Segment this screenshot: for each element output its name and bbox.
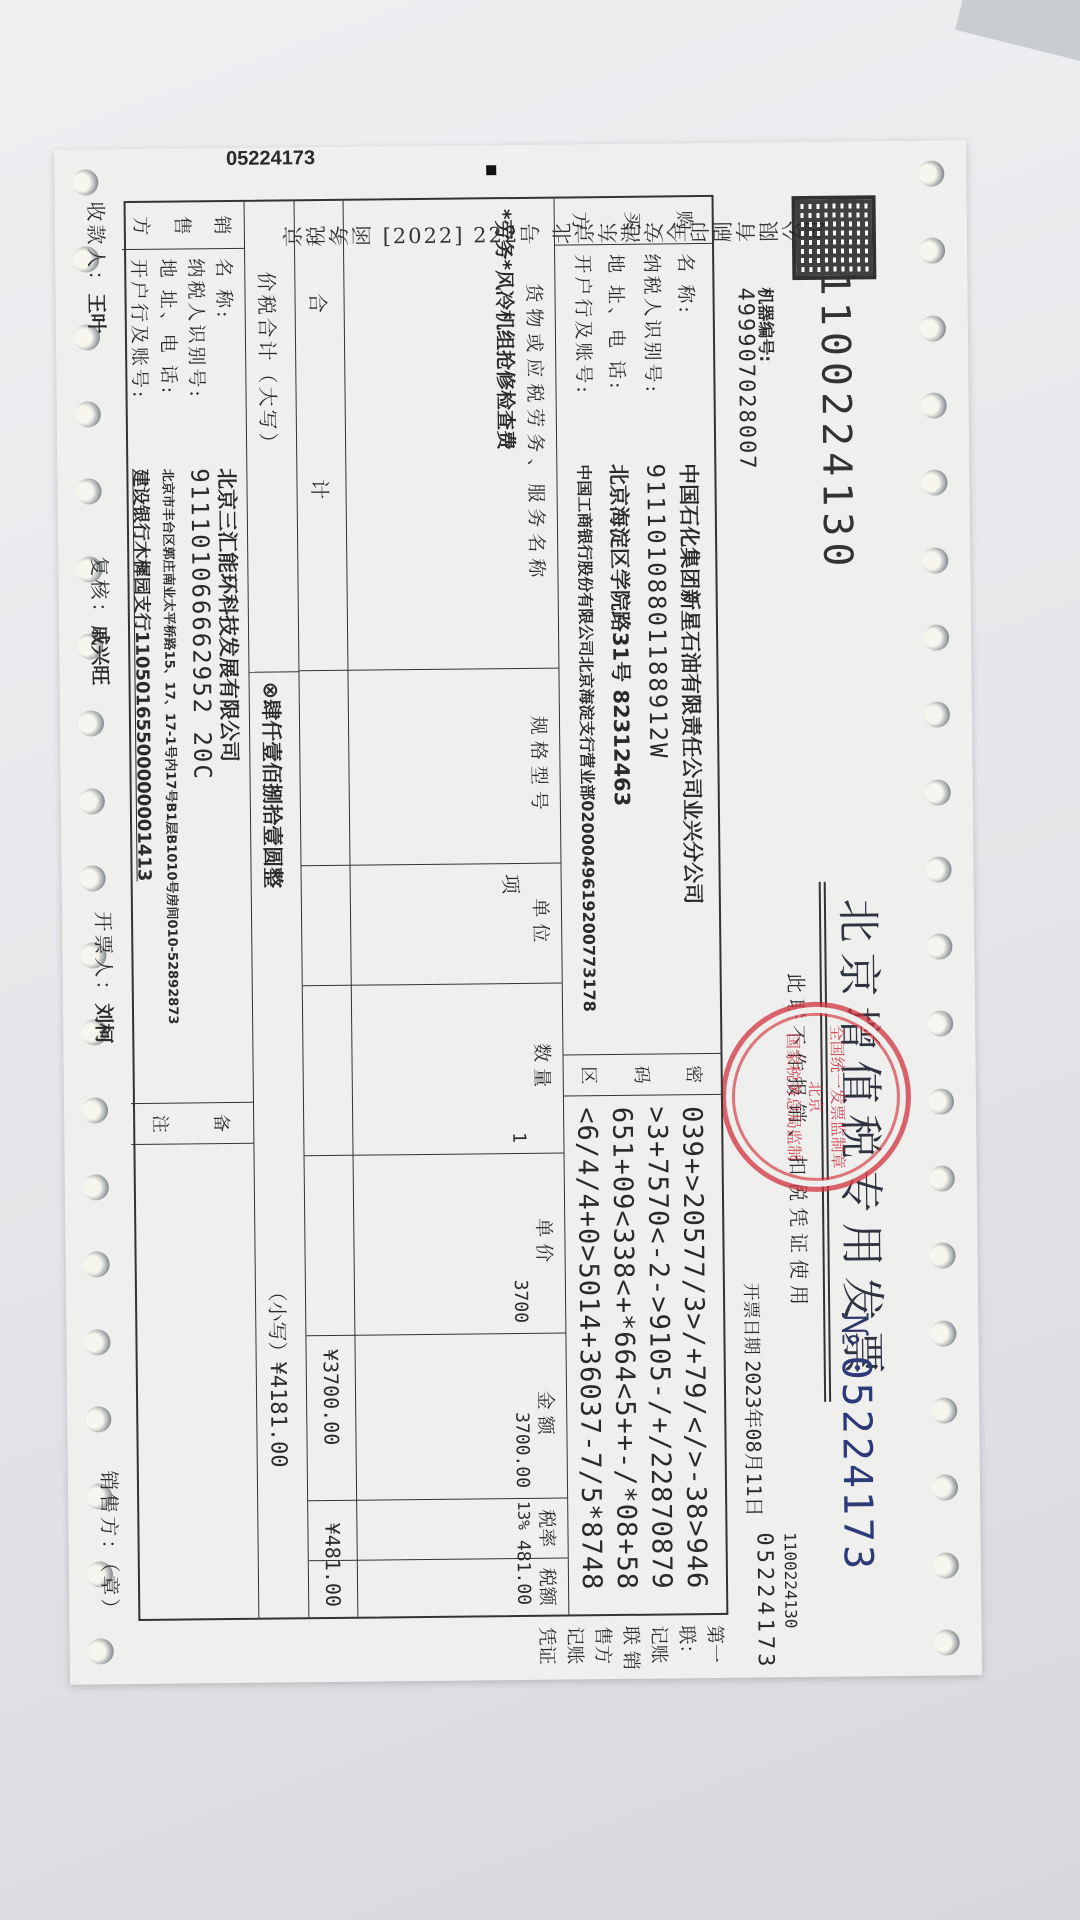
buyer-address: 北京海淀区学院路31号 82312463 (604, 464, 638, 807)
subtotal-amount: ¥3700.00 (319, 1349, 344, 1446)
perforation-holes-top (918, 160, 960, 1655)
field-label: 纳税人识别号: (639, 253, 668, 463)
machine-number: 499907028007 (732, 287, 759, 470)
perforation-hole (929, 1166, 955, 1192)
cipher-line: 039+>20577/3>/+79/</>-38>946 (674, 1106, 714, 1589)
perforation-hole (928, 1088, 954, 1114)
stamp-text: 全国统一发票监制章 北京 国家税务总局监制 (781, 1017, 849, 1178)
cipher-side-label: 密 码 区 (564, 1054, 721, 1097)
buyer-tax-id: 91110108801188912W (641, 463, 672, 759)
number-sign: № (833, 1311, 874, 1346)
issuer: 开票人：刘柯 (90, 911, 123, 1266)
side-label-char: 购 (672, 211, 699, 230)
side-label-char: 备 (210, 1114, 236, 1132)
invoice-number-block: №05224173 (832, 1311, 881, 1572)
total-figures-value: ¥4181.00 (265, 1361, 291, 1467)
buyer-section: 购 买 方 名 称:中国石化集团新星石油有限责任公司业兴分公司 纳税人识别号:9… (554, 197, 727, 1615)
field-label: 名 称: (673, 253, 702, 463)
vat-invoice: 05224173 京税务函 [2022] 222号 北京东港安全印刷有限公司 1… (54, 140, 982, 1684)
perforation-hole (930, 1320, 956, 1346)
perforation-hole (918, 160, 944, 186)
issuer-name: 刘柯 (92, 1003, 116, 1043)
column-header: 规格型号 (525, 669, 554, 863)
seller-section: 销 售 方 名 称:北京三汇能环科技发展有限公司 纳税人识别号:91110106… (122, 202, 259, 1619)
field-label: 纳税人识别号: (183, 258, 212, 468)
column-header: 税额 (535, 1559, 563, 1615)
buyer-bank-account: 中国工商银行股份有限公司北京海淀支行营业部0200049619200773178 (573, 464, 602, 1012)
perforation-hole (929, 1243, 955, 1269)
issue-date-label: 开票日期 (740, 1282, 762, 1354)
field-label: 地 址、电 话: (603, 254, 632, 464)
side-label-char: 销 (210, 215, 237, 234)
item-amount: 3700.00 (511, 1412, 533, 1488)
perforation-hole (926, 934, 952, 960)
side-label-char: 区 (577, 1066, 603, 1084)
side-label-char: 买 (620, 211, 647, 230)
invoice-table: 购 买 方 名 称:中国石化集团新星石油有限责任公司业兴分公司 纳税人识别号:9… (124, 195, 729, 1621)
side-label-char: 码 (629, 1066, 655, 1084)
side-label-char: 密 (681, 1065, 707, 1083)
perforation-hole (932, 1475, 958, 1501)
total-words-label: 价税合计（大写） (253, 271, 284, 455)
invoice-number: 05224173 (833, 1355, 881, 1572)
field-label: 名 称: (211, 258, 240, 468)
column-header: 单价 (531, 1154, 560, 1333)
column-header: 数量 (529, 984, 558, 1153)
seller-seal: 销售方：（章） (94, 1266, 127, 1621)
perforation-hole (921, 470, 947, 496)
perforation-hole (925, 856, 951, 882)
perforation-hole (72, 169, 98, 195)
perforation-hole (922, 547, 948, 573)
column-header: 税率 (534, 1499, 562, 1558)
payee-label: 收款人： (84, 201, 109, 293)
subtotal-label: 合 计 (304, 201, 338, 671)
item-unit: 项 (498, 874, 527, 894)
item-name: *劳务*风冷机组抢修检查费 (491, 209, 523, 450)
cipher-line: 651+09<338<+*664<5++-/*08+58 (604, 1107, 644, 1590)
issuer-label: 开票人： (91, 911, 116, 1003)
subtotal-tax: ¥481.00 (320, 1523, 345, 1608)
payee: 收款人：王叶 (83, 201, 116, 556)
top-serial-number: 05224173 (226, 147, 346, 171)
remarks-area: 备 注 (131, 1102, 258, 1619)
side-label-char: 售 (169, 216, 196, 235)
perforation-hole (88, 1638, 114, 1664)
issue-date: 开票日期 2023年08月11日 (739, 1282, 770, 1516)
perforation-hole (934, 1629, 960, 1655)
cipher-line: >3+7570<-2->9105-/+/22870879 (639, 1106, 679, 1589)
reviewer-label: 复核： (87, 556, 112, 625)
side-label-char: 注 (149, 1115, 175, 1133)
desk-edge (955, 0, 1080, 68)
perforation-hole (921, 392, 947, 418)
perforation-hole (919, 238, 945, 264)
buyer-fields: 名 称:中国石化集团新星石油有限责任公司业兴分公司 纳税人识别号:9111010… (562, 253, 711, 1114)
invoice-paper: 05224173 京税务函 [2022] 222号 北京东港安全印刷有限公司 1… (54, 140, 982, 1684)
seller-side-label: 销 售 方 (122, 202, 244, 250)
total-words-cell (249, 671, 298, 673)
cipher-area: 密 码 区 039+>20577/3>/+79/</>-38>946 >3+75… (563, 1053, 726, 1615)
column-header: 货物或应税劳务、服务名称 (521, 199, 553, 668)
reviewer-name: 戚兴旺 (88, 625, 113, 685)
tax-bureau-stamp: 全国统一发票监制章 北京 国家税务总局监制 (720, 1001, 912, 1193)
column-header: 金额 (532, 1334, 561, 1498)
total-in-words: ⊗肆仟壹佰捌拾壹圆整 (257, 681, 289, 888)
seller-name: 北京三汇能环科技发展有限公司 (212, 468, 245, 762)
total-in-figures: （小写）¥4181.00 (264, 1281, 295, 1467)
remarks-label: 备 注 (131, 1103, 253, 1145)
reviewer: 复核：戚兴旺 (86, 556, 119, 911)
payee-name: 王叶 (84, 293, 108, 333)
perforation-hole (920, 315, 946, 341)
seller-address: 北京市丰台区郭庄南业太平桥路15、17、17-1号内17号B1层B1010号房间… (159, 469, 184, 1025)
cipher-text: 039+>20577/3>/+79/</>-38>946 >3+7570<-2-… (569, 1106, 714, 1591)
field-label: 开户行及账号: (126, 259, 155, 469)
cipher-line: <6/4/4+0>5014+36037-7/5*8748 (569, 1107, 609, 1590)
perforation-hole (923, 624, 949, 650)
invoice-code-right: 1100224130 05224173 (751, 1532, 804, 1673)
seller-tax-id: 911101066662952 20C (185, 468, 216, 781)
buyer-side-label: 购 买 方 (555, 197, 712, 246)
field-label: 开户行及账号: (570, 254, 599, 464)
seller-bank-account: 建设银行木樨园支行11050165500000001413 (128, 469, 158, 882)
column-header: 单位 (527, 864, 555, 983)
total-figures-label: （小写） (265, 1281, 290, 1361)
item-unit-price: 3700 (510, 1280, 531, 1324)
perforation-hole (931, 1397, 957, 1423)
copy-label: 第一联：记账联 销售方记账凭证 (532, 1625, 728, 1675)
side-label-char: 方 (567, 212, 594, 231)
perforation-hole (924, 702, 950, 728)
side-label-char: 方 (129, 216, 156, 235)
machine-number-label: 机器编号: (754, 287, 780, 362)
qr-code (796, 199, 873, 276)
perforation-hole (933, 1552, 959, 1578)
items-section: 货物或应税劳务、服务名称 *劳务*风冷机组抢修检查费 规格型号 单位 项 数量 … (294, 199, 569, 1618)
buyer-name: 中国石化集团新星石油有限责任公司业兴分公司 (674, 463, 709, 904)
item-tax-rate: 13% (514, 1501, 533, 1530)
field-label: 地 址、电 话: (155, 258, 184, 468)
item-tax: 481.00 (513, 1540, 535, 1605)
perforation-hole (927, 1011, 953, 1037)
invoice-code: 1100224130 (811, 271, 860, 572)
invoice-number-small: 05224173 (751, 1532, 778, 1672)
invoice-code-small: 1100224130 (777, 1532, 804, 1672)
perforation-hole (925, 779, 951, 805)
seller-fields: 名 称:北京三汇能环科技发展有限公司 纳税人识别号:91110106666295… (124, 258, 249, 1099)
item-quantity: 1 (508, 1132, 529, 1143)
print-registration-mark (486, 165, 496, 175)
issue-date-value: 2023年08月11日 (741, 1360, 767, 1517)
